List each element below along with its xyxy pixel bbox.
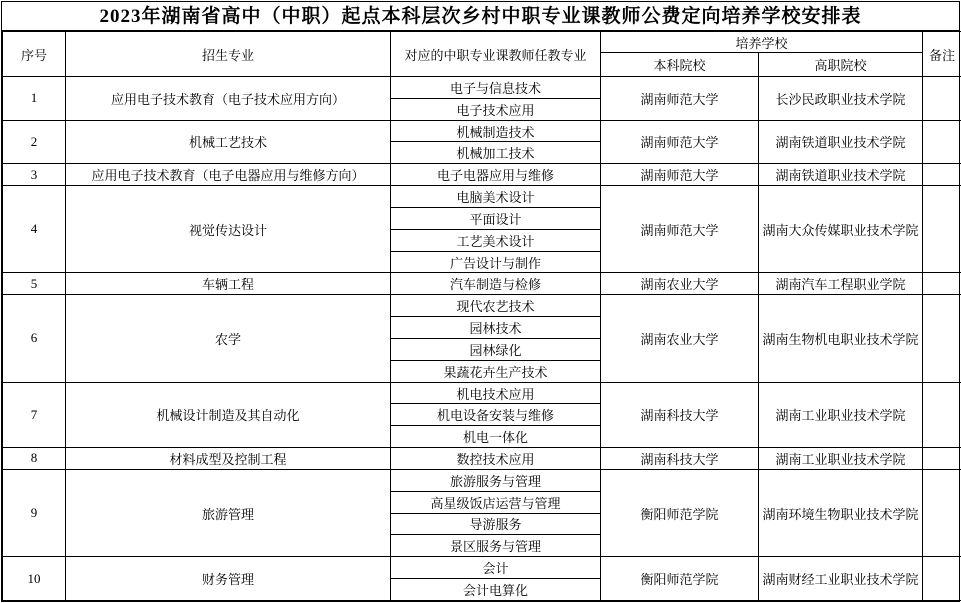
- arrangement-table: 序号 招生专业 对应的中职专业课教师任教专业 培养学校 备注 本科院校 高职院校…: [2, 31, 961, 601]
- cell-undergraduate-school: 湖南师范大学: [601, 120, 759, 164]
- cell-major: 视觉传达设计: [66, 186, 391, 273]
- cell-remarks: [923, 120, 961, 164]
- cell-teaching-major: 会计电算化: [391, 579, 601, 601]
- table-row: 1应用电子技术教育（电子技术应用方向）电子与信息技术湖南师范大学长沙民政职业技术…: [3, 77, 961, 99]
- header-remarks: 备注: [923, 32, 961, 77]
- table-row: 7机械设计制造及其自动化机电技术应用湖南科技大学湖南工业职业技术学院: [3, 382, 961, 404]
- cell-teaching-major: 数控技术应用: [391, 448, 601, 470]
- cell-remarks: [923, 557, 961, 601]
- cell-index: 4: [3, 186, 66, 273]
- cell-remarks: [923, 295, 961, 382]
- cell-vocational-school: 湖南生物机电职业技术学院: [759, 295, 923, 382]
- cell-remarks: [923, 469, 961, 556]
- header-major: 招生专业: [66, 32, 391, 77]
- page-title: 2023年湖南省高中（中职）起点本科层次乡村中职专业课教师公费定向培养学校安排表: [2, 2, 959, 31]
- cell-index: 7: [3, 382, 66, 447]
- cell-vocational-school: 湖南铁道职业技术学院: [759, 120, 923, 164]
- cell-vocational-school: 湖南汽车工程职业学院: [759, 273, 923, 295]
- cell-undergraduate-school: 湖南科技大学: [601, 448, 759, 470]
- cell-vocational-school: 湖南工业职业技术学院: [759, 382, 923, 447]
- header-teaching-major: 对应的中职专业课教师任教专业: [391, 32, 601, 77]
- cell-index: 10: [3, 557, 66, 601]
- cell-teaching-major: 电子与信息技术: [391, 77, 601, 99]
- table-row: 3应用电子技术教育（电子电器应用与维修方向）电子电器应用与维修湖南师范大学湖南铁…: [3, 164, 961, 186]
- cell-undergraduate-school: 湖南农业大学: [601, 295, 759, 382]
- header-index: 序号: [3, 32, 66, 77]
- cell-undergraduate-school: 湖南科技大学: [601, 382, 759, 447]
- cell-undergraduate-school: 湖南师范大学: [601, 186, 759, 273]
- header-vocational-school: 高职院校: [759, 53, 923, 77]
- cell-teaching-major: 园林技术: [391, 317, 601, 339]
- cell-teaching-major: 会计: [391, 557, 601, 579]
- cell-index: 1: [3, 77, 66, 121]
- cell-vocational-school: 湖南工业职业技术学院: [759, 448, 923, 470]
- cell-vocational-school: 湖南财经工业职业技术学院: [759, 557, 923, 601]
- cell-teaching-major: 景区服务与管理: [391, 535, 601, 557]
- cell-major: 财务管理: [66, 557, 391, 601]
- table-row: 10财务管理会计衡阳师范学院湖南财经工业职业技术学院: [3, 557, 961, 579]
- cell-vocational-school: 长沙民政职业技术学院: [759, 77, 923, 121]
- table-body: 1应用电子技术教育（电子技术应用方向）电子与信息技术湖南师范大学长沙民政职业技术…: [3, 77, 961, 601]
- cell-major: 机械设计制造及其自动化: [66, 382, 391, 447]
- cell-remarks: [923, 164, 961, 186]
- cell-undergraduate-school: 衡阳师范学院: [601, 557, 759, 601]
- cell-teaching-major: 工艺美术设计: [391, 229, 601, 251]
- cell-index: 8: [3, 448, 66, 470]
- cell-major: 车辆工程: [66, 273, 391, 295]
- table-row: 9旅游管理旅游服务与管理衡阳师范学院湖南环境生物职业技术学院: [3, 469, 961, 491]
- cell-teaching-major: 电脑美术设计: [391, 186, 601, 208]
- cell-major: 机械工艺技术: [66, 120, 391, 164]
- cell-vocational-school: 湖南环境生物职业技术学院: [759, 469, 923, 556]
- cell-teaching-major: 汽车制造与检修: [391, 273, 601, 295]
- cell-teaching-major: 果蔬花卉生产技术: [391, 360, 601, 382]
- header-undergraduate-school: 本科院校: [601, 53, 759, 77]
- cell-index: 6: [3, 295, 66, 382]
- header-row-1: 序号 招生专业 对应的中职专业课教师任教专业 培养学校 备注: [3, 32, 961, 53]
- document-sheet: 2023年湖南省高中（中职）起点本科层次乡村中职专业课教师公费定向培养学校安排表…: [1, 1, 960, 602]
- cell-undergraduate-school: 湖南师范大学: [601, 77, 759, 121]
- cell-undergraduate-school: 湖南师范大学: [601, 164, 759, 186]
- cell-remarks: [923, 382, 961, 447]
- cell-major: 农学: [66, 295, 391, 382]
- cell-index: 3: [3, 164, 66, 186]
- cell-teaching-major: 机械制造技术: [391, 120, 601, 142]
- cell-major: 旅游管理: [66, 469, 391, 556]
- cell-remarks: [923, 273, 961, 295]
- cell-teaching-major: 导游服务: [391, 513, 601, 535]
- table-row: 8材料成型及控制工程数控技术应用湖南科技大学湖南工业职业技术学院: [3, 448, 961, 470]
- cell-remarks: [923, 448, 961, 470]
- table-row: 6农学现代农艺技术湖南农业大学湖南生物机电职业技术学院: [3, 295, 961, 317]
- table-header: 序号 招生专业 对应的中职专业课教师任教专业 培养学校 备注 本科院校 高职院校: [3, 32, 961, 77]
- cell-teaching-major: 现代农艺技术: [391, 295, 601, 317]
- cell-index: 2: [3, 120, 66, 164]
- cell-teaching-major: 电子电器应用与维修: [391, 164, 601, 186]
- cell-teaching-major: 机电一体化: [391, 426, 601, 448]
- cell-index: 5: [3, 273, 66, 295]
- cell-teaching-major: 机电技术应用: [391, 382, 601, 404]
- cell-teaching-major: 机电设备安装与维修: [391, 404, 601, 426]
- cell-remarks: [923, 77, 961, 121]
- cell-teaching-major: 机械加工技术: [391, 142, 601, 164]
- table-row: 4视觉传达设计电脑美术设计湖南师范大学湖南大众传媒职业技术学院: [3, 186, 961, 208]
- cell-undergraduate-school: 衡阳师范学院: [601, 469, 759, 556]
- cell-major: 应用电子技术教育（电子技术应用方向）: [66, 77, 391, 121]
- table-row: 5车辆工程汽车制造与检修湖南农业大学湖南汽车工程职业学院: [3, 273, 961, 295]
- cell-index: 9: [3, 469, 66, 556]
- cell-teaching-major: 园林绿化: [391, 338, 601, 360]
- cell-teaching-major: 高星级饭店运营与管理: [391, 491, 601, 513]
- cell-vocational-school: 湖南大众传媒职业技术学院: [759, 186, 923, 273]
- cell-major: 材料成型及控制工程: [66, 448, 391, 470]
- cell-teaching-major: 广告设计与制作: [391, 251, 601, 273]
- table-row: 2机械工艺技术机械制造技术湖南师范大学湖南铁道职业技术学院: [3, 120, 961, 142]
- cell-teaching-major: 电子技术应用: [391, 98, 601, 120]
- cell-teaching-major: 平面设计: [391, 207, 601, 229]
- cell-major: 应用电子技术教育（电子电器应用与维修方向）: [66, 164, 391, 186]
- cell-vocational-school: 湖南铁道职业技术学院: [759, 164, 923, 186]
- header-training-school: 培养学校: [601, 32, 923, 53]
- cell-teaching-major: 旅游服务与管理: [391, 469, 601, 491]
- cell-remarks: [923, 186, 961, 273]
- cell-undergraduate-school: 湖南农业大学: [601, 273, 759, 295]
